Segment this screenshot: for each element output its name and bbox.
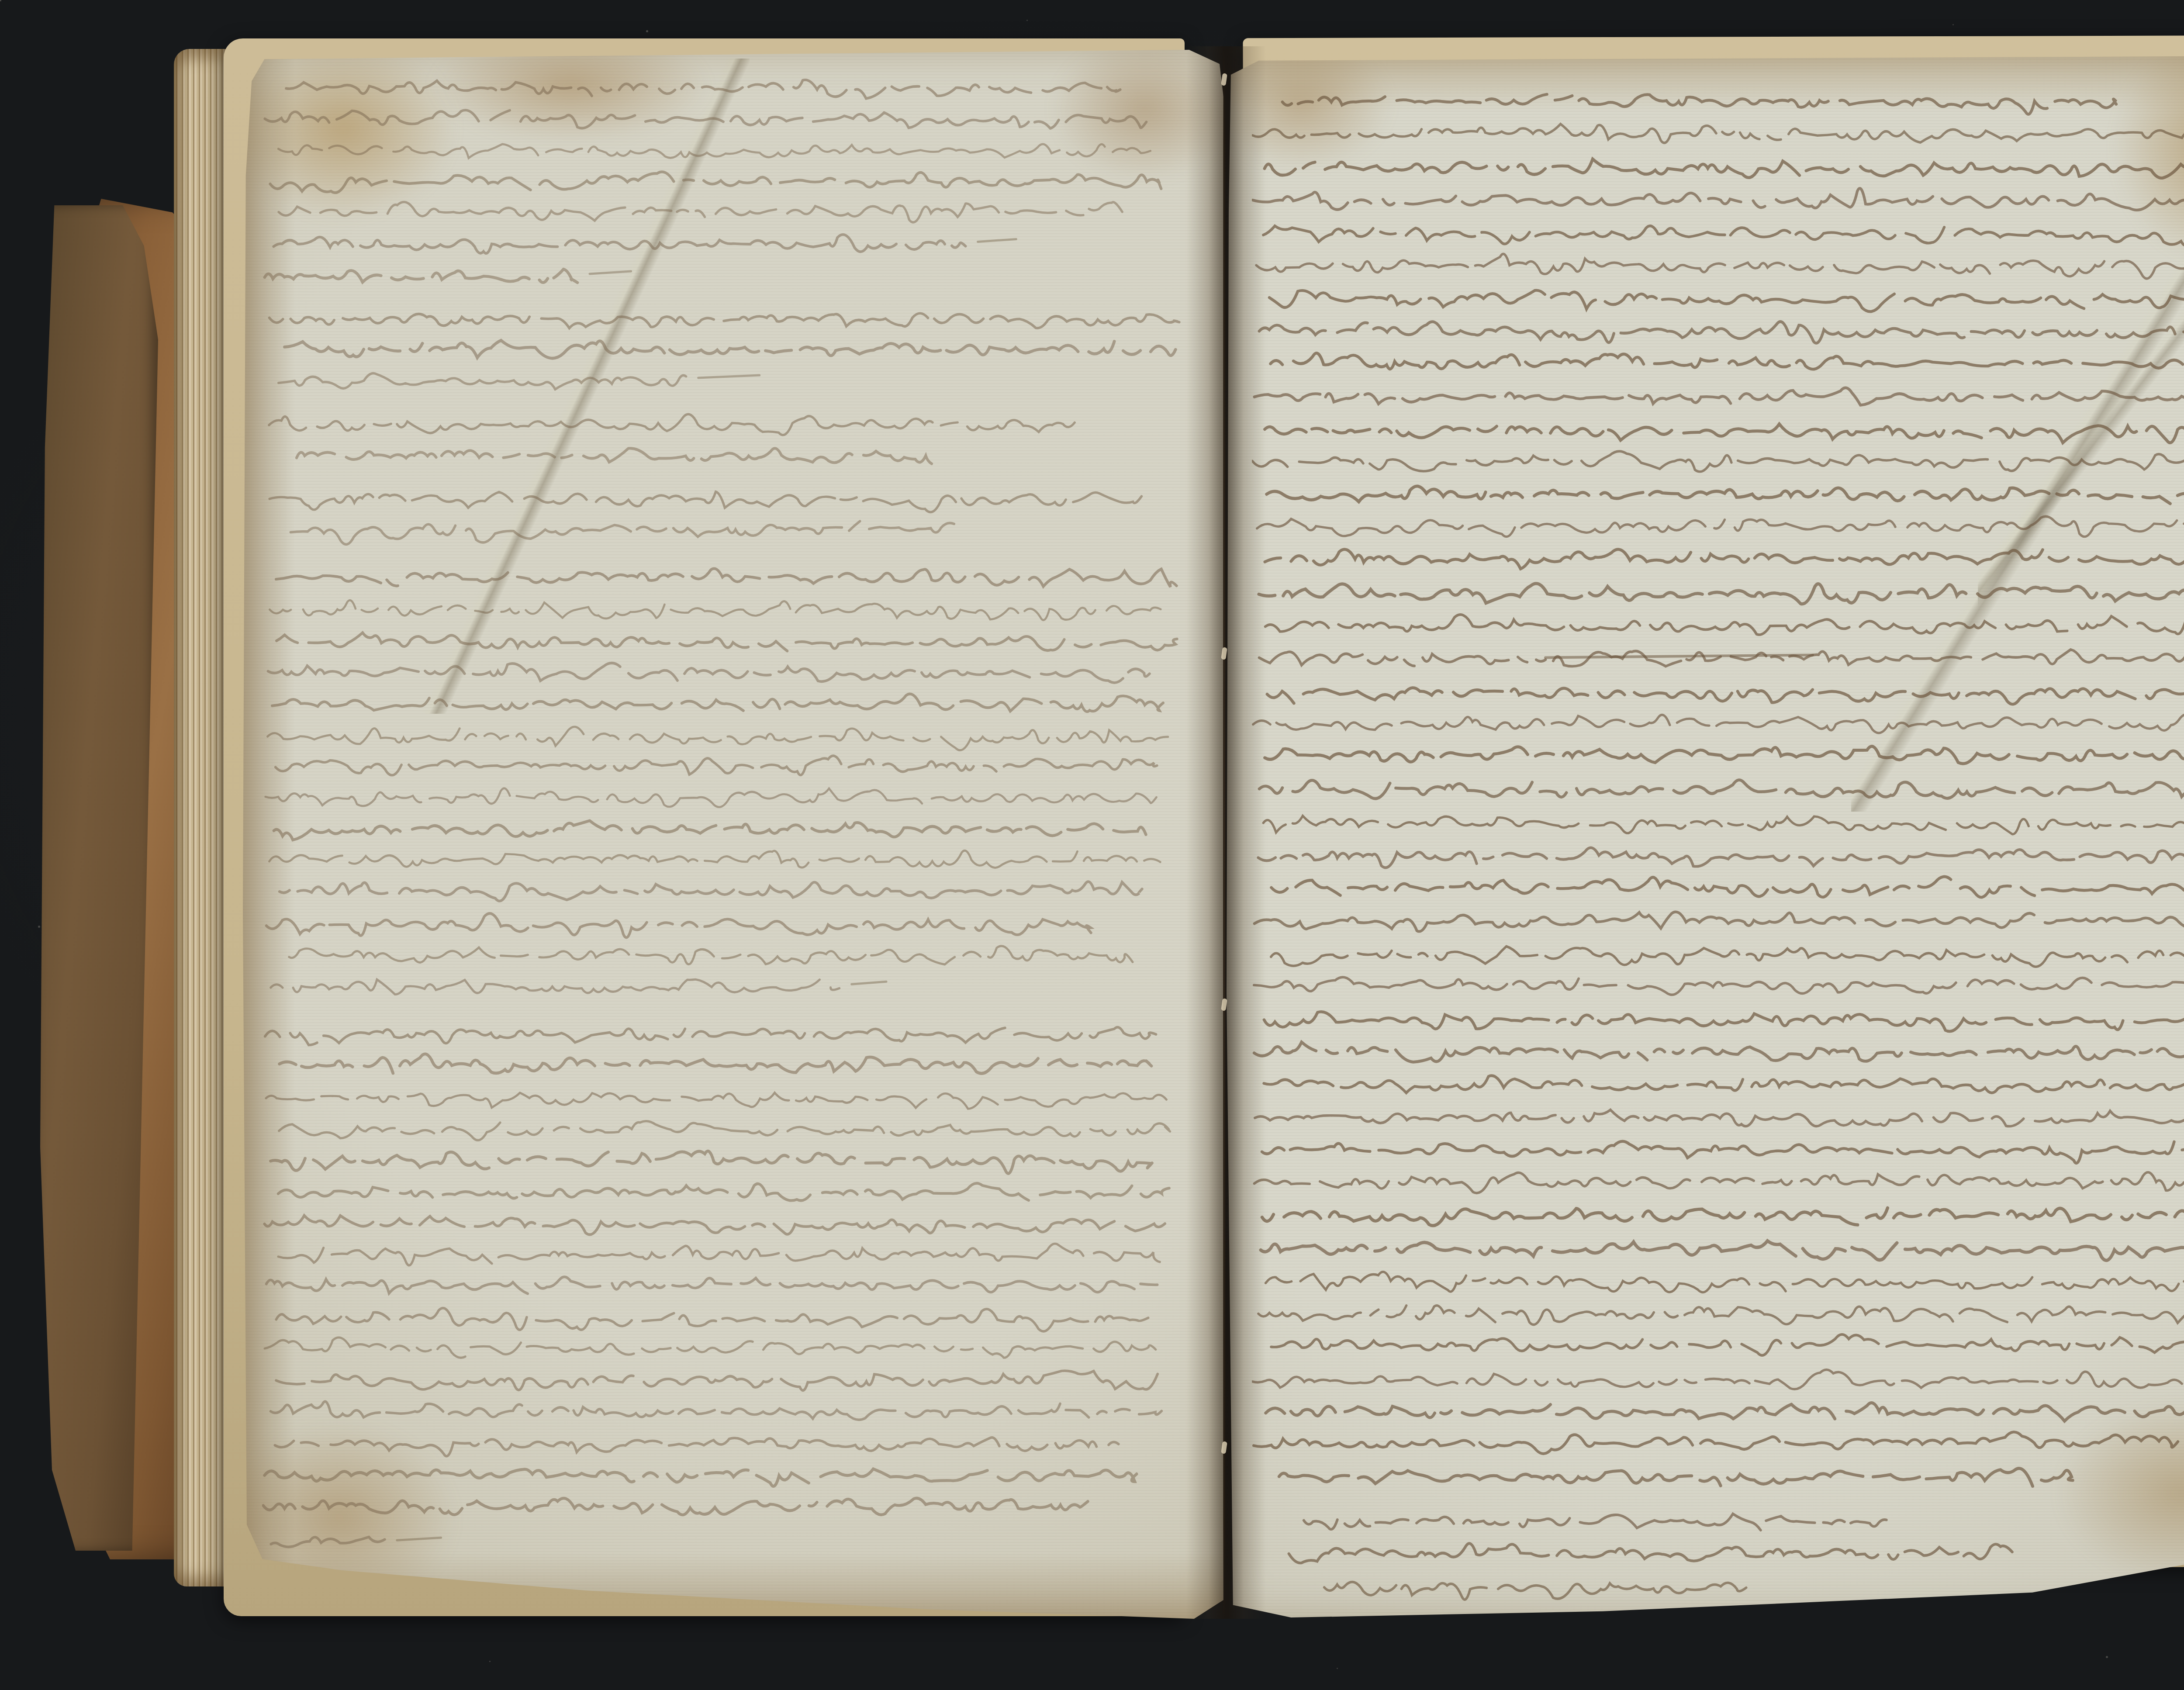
dust-specks <box>0 0 1 1</box>
paper-crease <box>418 59 750 714</box>
binding-crease <box>1223 52 1225 1614</box>
paper-stain <box>2056 1401 2184 1585</box>
paper-edge-shading <box>243 50 295 1619</box>
right-page: 82 <box>1227 56 2184 1617</box>
paper-crease <box>1978 60 2184 650</box>
archival-scan-backdrop: { "document": { "page_number": "82" }, "… <box>0 0 2184 1690</box>
book-gutter <box>1186 46 1266 1619</box>
left-page <box>243 50 1223 1619</box>
